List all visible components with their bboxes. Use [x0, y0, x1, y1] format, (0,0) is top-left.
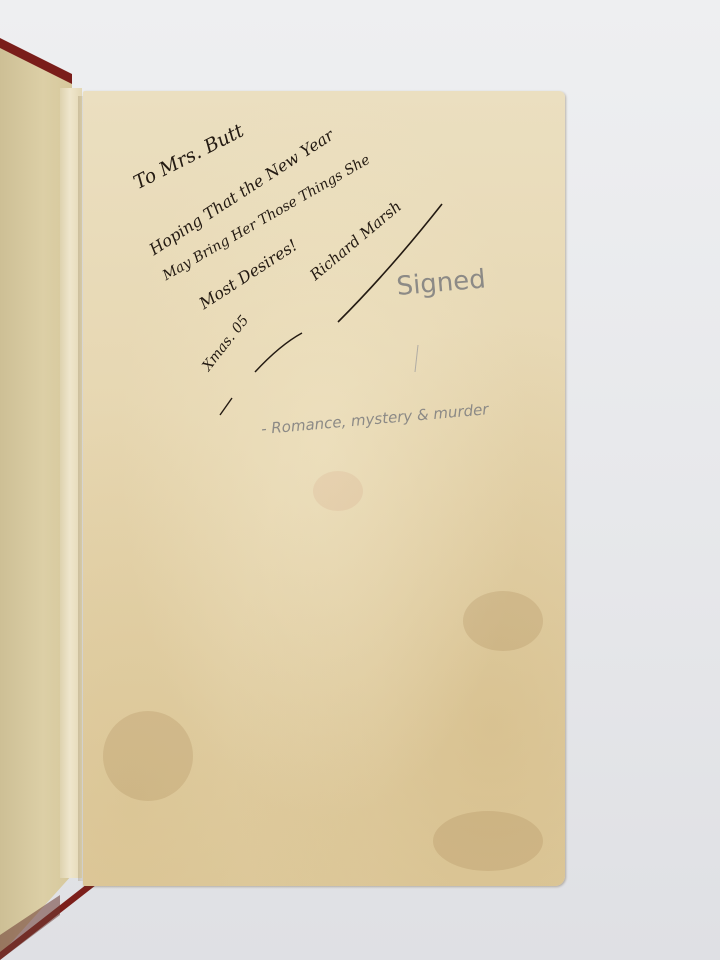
foxing-spot: [103, 711, 193, 801]
foxing-spot: [433, 811, 543, 871]
foxing-spot: [463, 591, 543, 651]
endpaper-page: [83, 91, 565, 886]
foxing-spot: [313, 471, 363, 511]
